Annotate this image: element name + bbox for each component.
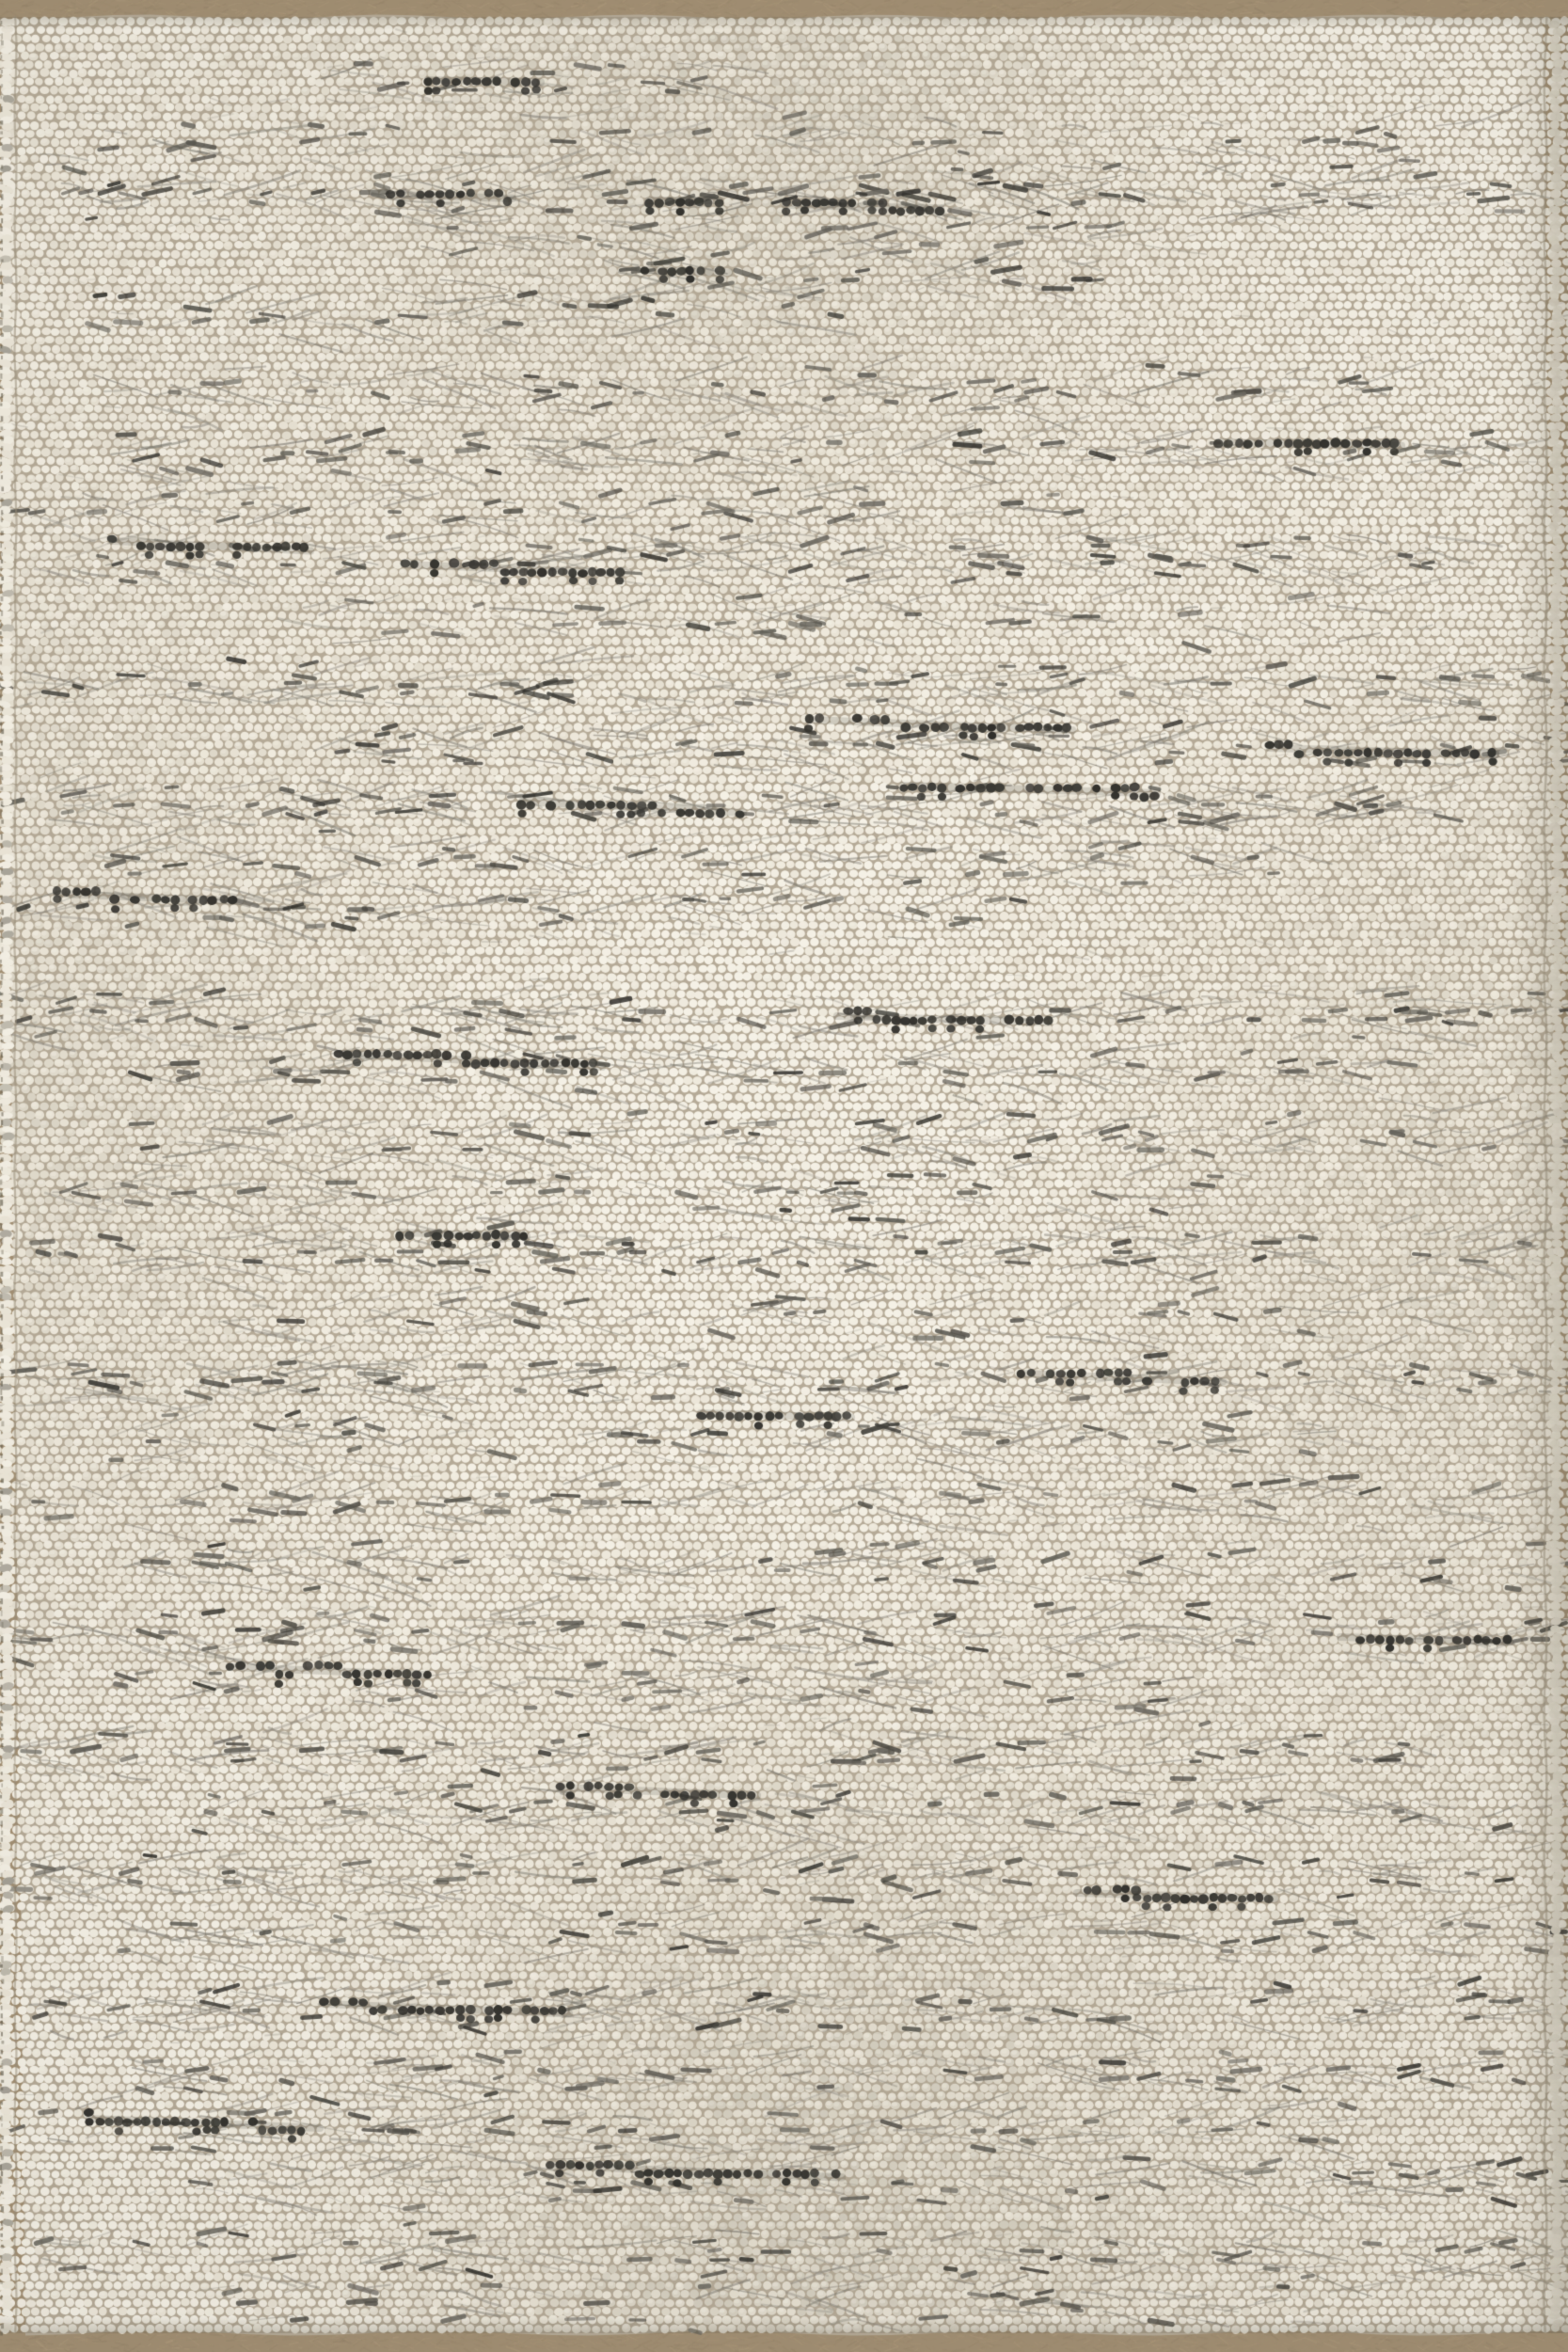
- rug-product-photo: [0, 0, 1568, 2352]
- rug-texture-canvas: [0, 0, 1568, 2352]
